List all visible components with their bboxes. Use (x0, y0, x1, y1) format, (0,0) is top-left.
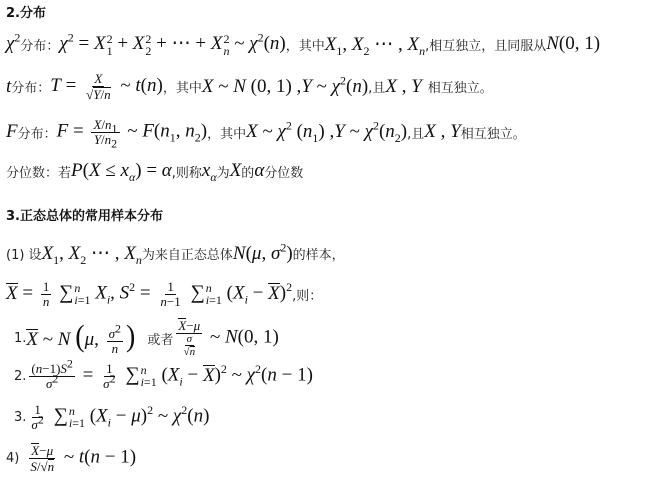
result-item-4: 4) X−μS/√n ~ t(n − 1) (6, 443, 136, 473)
result-item-1: 1. X ~ N (μ, σ2n) 或者 X−μσ√n ~ N(0, 1) (14, 318, 279, 359)
quantile-definition: 分位数：若 P(X ≤ xα) = α ,则称 xα 为 X 的 α 分位数 (6, 160, 303, 182)
math-chi: χ2 (6, 33, 20, 55)
f-definition: F 分布： F = X/n1Y/n2 ~ F(n1, n2) ，其中 X ~ χ… (6, 118, 526, 146)
chi-square-formula: χ2 = X21 + X22 + ⋯ + X2n ~ χ2(n) (59, 32, 285, 57)
sample-intro: (1) 设 X1, X2 ⋯ , Xn 为来自正态总体 N(μ, σ2) 的样本… (6, 242, 345, 265)
t-formula: T = X√Y/n ~ t(n) (50, 72, 163, 101)
section-2-title: 2.分布 (6, 2, 46, 21)
sample-mean-variance: X = 1n ∑ni=1 Xi, S2 = 1n−1 ∑ni=1 (Xi − X… (6, 280, 322, 308)
chi-vars: X1, X2 ⋯ , Xn (325, 33, 425, 56)
result-item-3: 3. 1σ2 ∑ni=1 (Xi − μ)2 ~ χ2(n) (14, 403, 209, 431)
section-3-title: 3.正态总体的常用样本分布 (6, 205, 163, 224)
result-item-2: 2. (n−1)S2σ2 = 1σ2 ∑ni=1 (Xi − X)2 ~ χ2(… (14, 362, 313, 390)
f-formula: F = X/n1Y/n2 ~ F(n1, n2) (57, 118, 207, 146)
chi-dist: N(0, 1) (546, 33, 600, 55)
chi-square-definition: χ2 分布： χ2 = X21 + X22 + ⋯ + X2n ~ χ2(n) … (6, 32, 600, 57)
t-definition: t 分布： T = X√Y/n ~ t(n) ，其中 X ~ N (0, 1) … (6, 72, 493, 101)
